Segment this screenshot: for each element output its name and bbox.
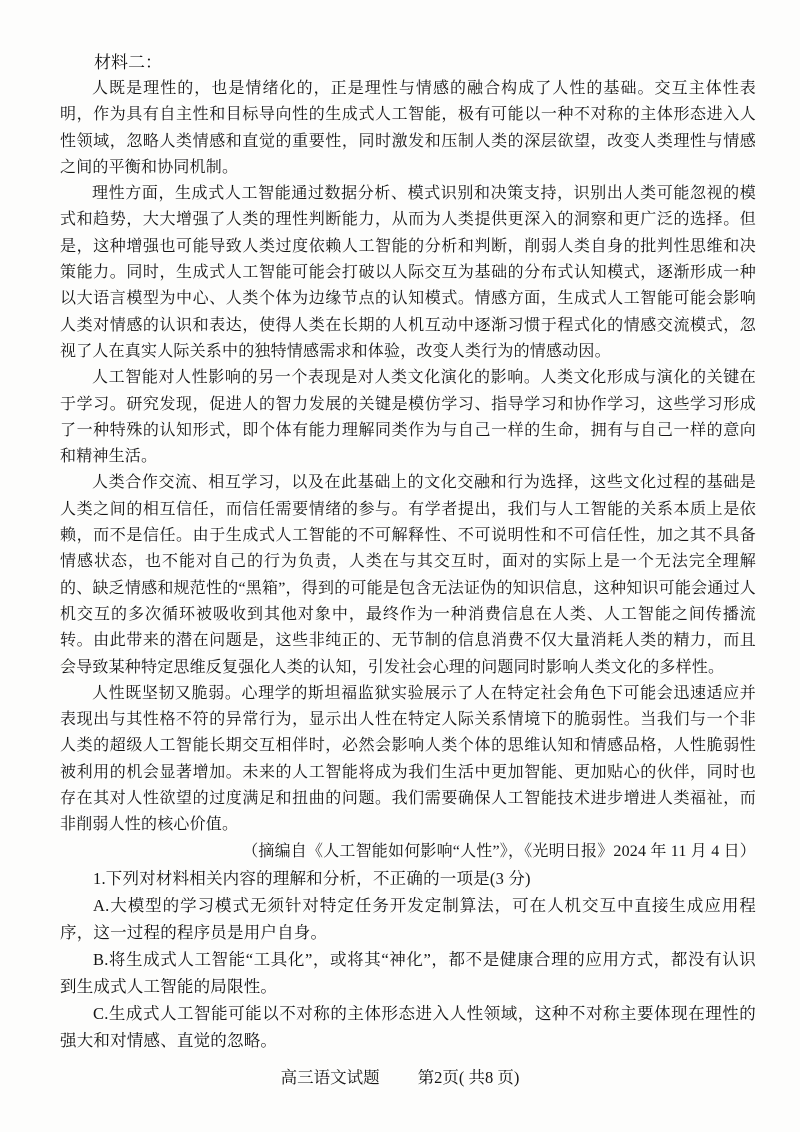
material-paragraph-4: 人类合作交流、相互学习，以及在此基础上的文化交融和行为选择，这些文化过程的基础是… <box>60 470 756 680</box>
material-paragraph-1: 人既是理性的，也是情绪化的，正是理性与情感的融合构成了人性的基础。交互主体性表明… <box>60 76 756 181</box>
material-paragraph-5: 人性既坚韧又脆弱。心理学的斯坦福监狱实验展示了人在特定社会角色下可能会迅速适应并… <box>60 681 756 839</box>
exam-page: 材料二： 人既是理性的，也是情绪化的，正是理性与情感的融合构成了人性的基础。交互… <box>0 0 800 1132</box>
question-1-stem: 1.下列对材料相关内容的理解和分析，不正确的一项是(3 分) <box>60 865 756 892</box>
question-1-option-a: A.大模型的学习模式无须针对特定任务开发定制算法，可在人机交互中直接生成应用程序… <box>60 892 756 946</box>
question-1-option-c: C.生成式人工智能可能以不对称的主体形态进入人性领域，这种不对称主要体现在理性的… <box>60 1000 756 1054</box>
material-paragraph-3: 人工智能对人性影响的另一个表现是对人类文化演化的影响。人类文化形成与演化的关键在… <box>60 365 756 470</box>
material-heading: 材料二： <box>60 50 756 76</box>
page-footer: 高三语文试题第2页( 共8 页) <box>0 1066 800 1090</box>
footer-page-number: 第2页( 共8 页) <box>418 1068 520 1087</box>
material-attribution: （摘编自《人工智能如何影响“人性”》，《光明日报》2024 年 11 月 4 日… <box>60 839 756 865</box>
footer-exam-title: 高三语文试题 <box>281 1068 380 1087</box>
page-content: 材料二： 人既是理性的，也是情绪化的，正是理性与情感的融合构成了人性的基础。交互… <box>60 50 756 1054</box>
material-paragraph-2: 理性方面，生成式人工智能通过数据分析、模式识别和决策支持，识别出人类可能忽视的模… <box>60 181 756 365</box>
question-1-option-b: B.将生成式人工智能“工具化”，或将其“神化”，都不是健康合理的应用方式，都没有… <box>60 946 756 1000</box>
